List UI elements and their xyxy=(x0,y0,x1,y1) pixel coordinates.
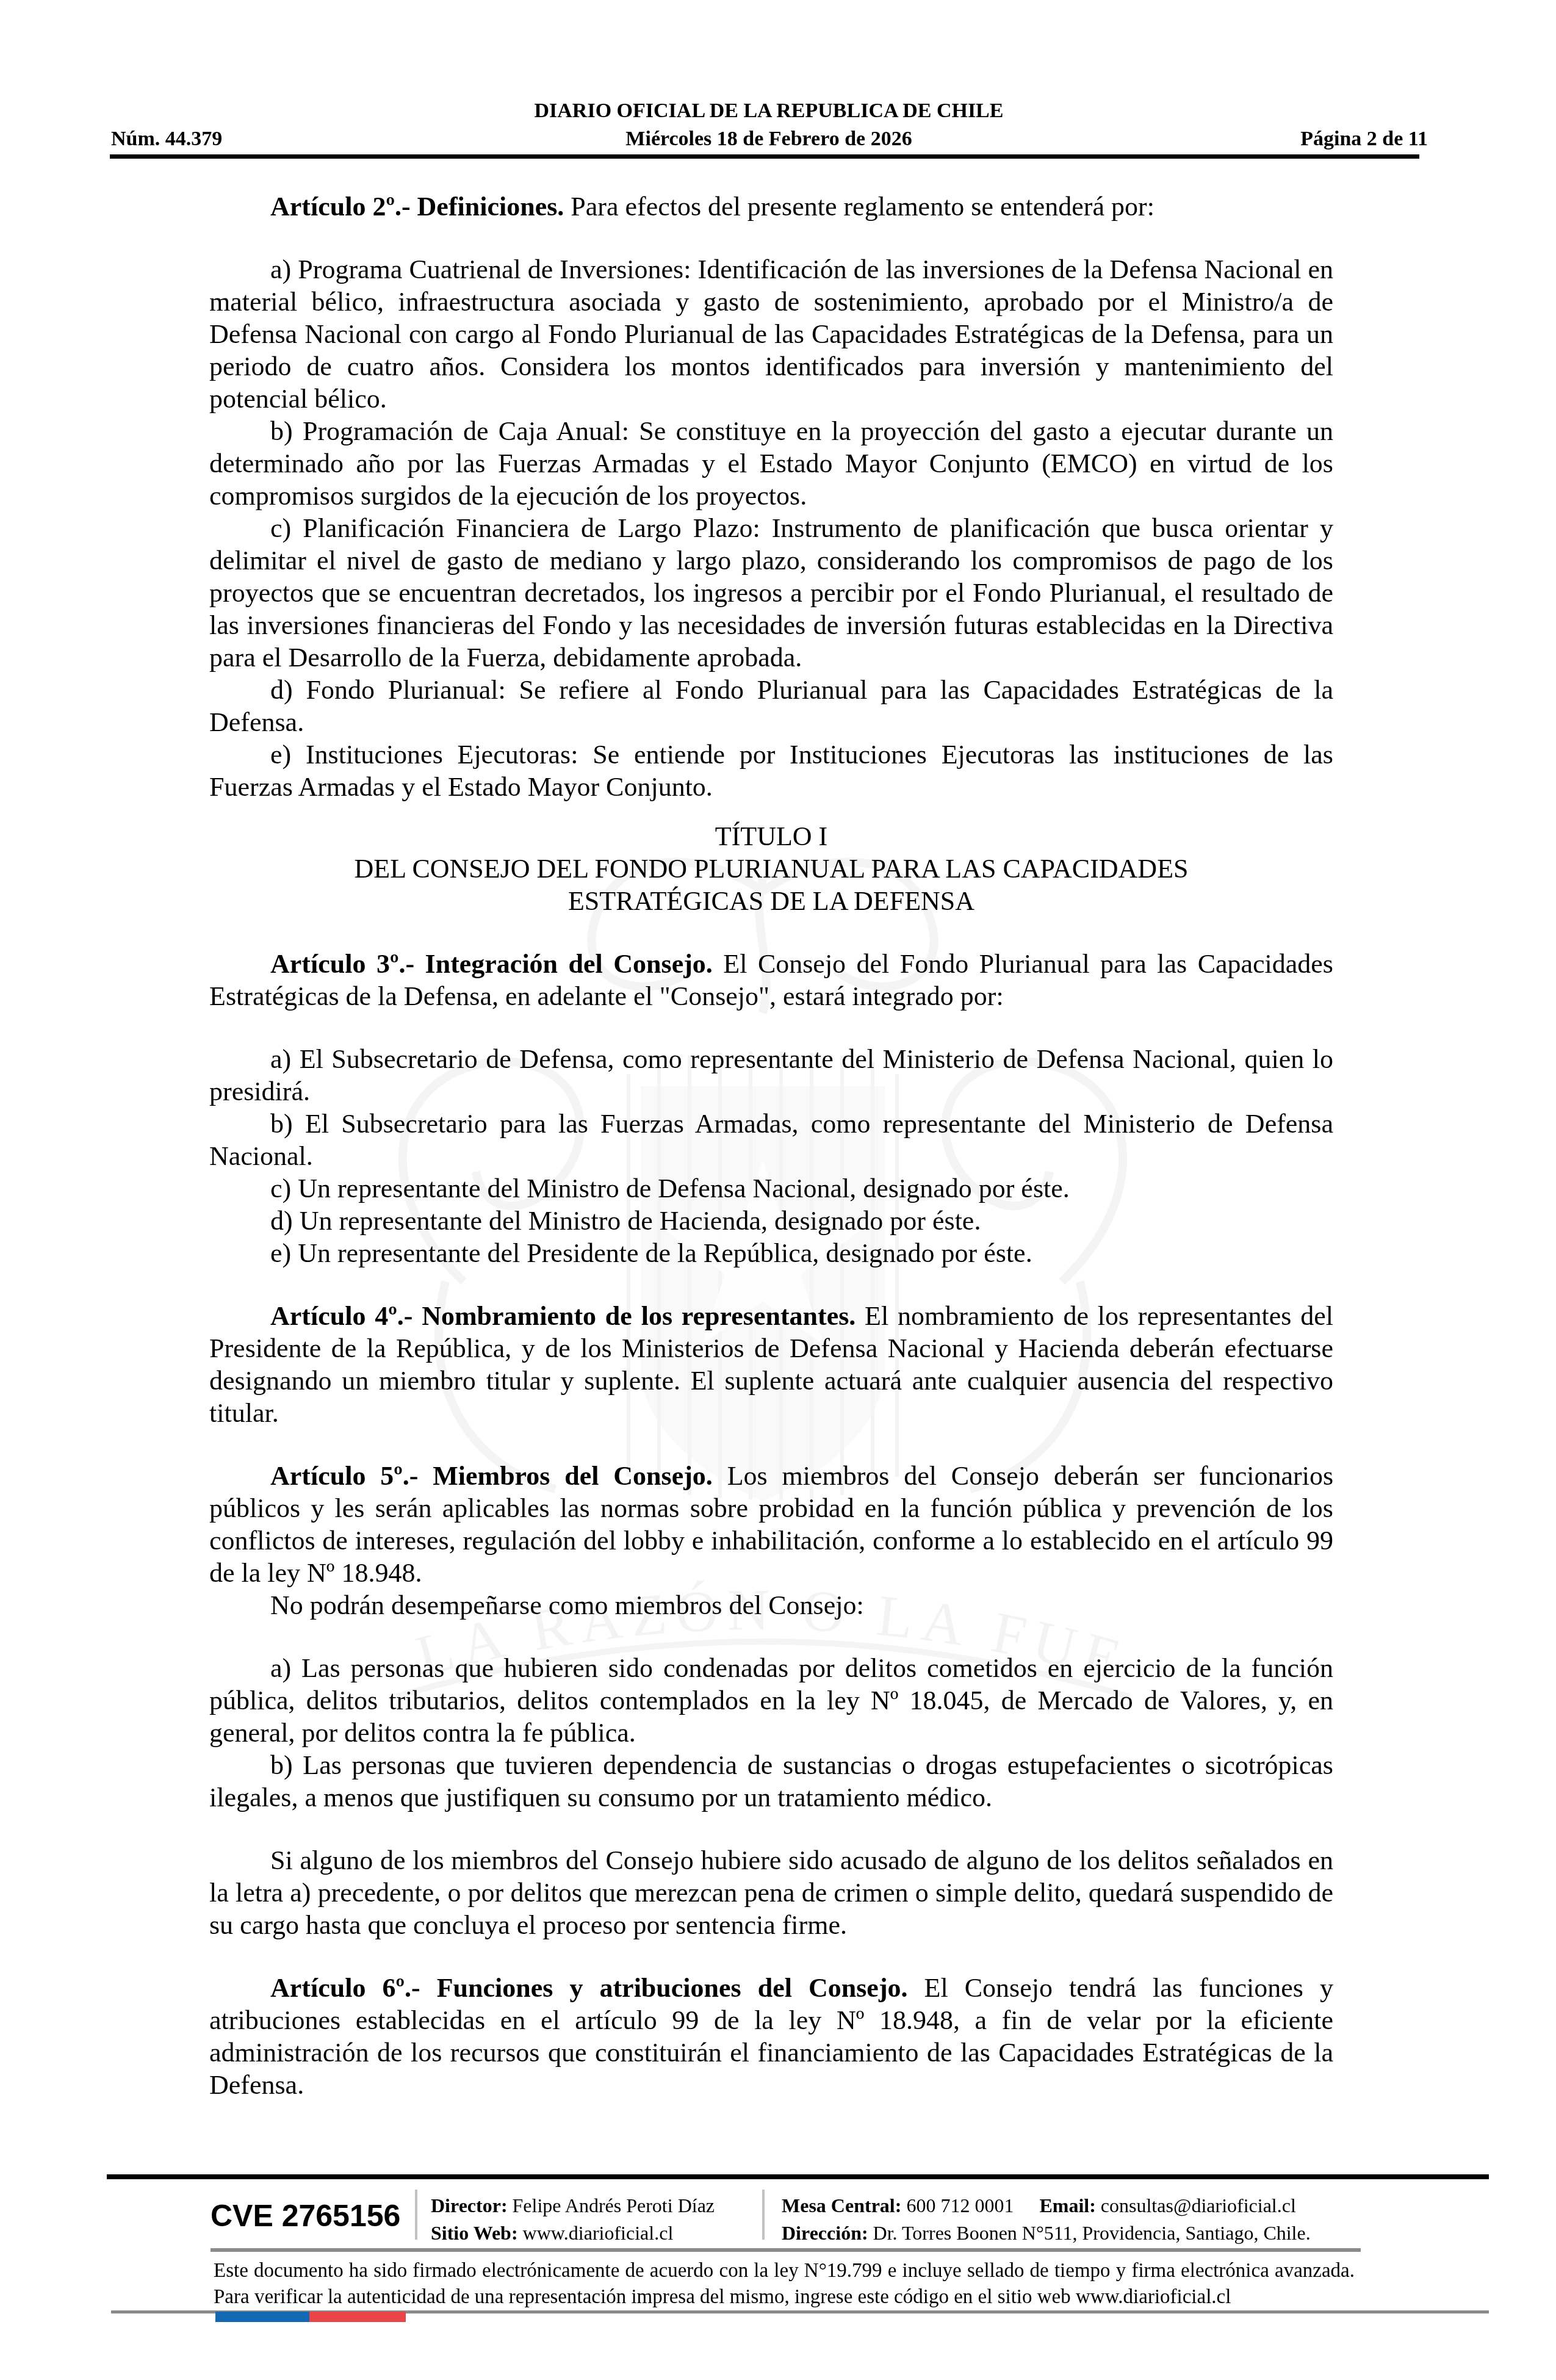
issue-number: Núm. 44.379 xyxy=(111,127,222,151)
title-block: TÍTULO I DEL CONSEJO DEL FONDO PLURIANUA… xyxy=(209,820,1333,917)
footer-director-column: Director: Felipe Andrés Peroti Díaz Siti… xyxy=(431,2192,715,2247)
article-5-note: No podrán desempeñarse como miembros del… xyxy=(209,1589,1333,1621)
direccion-label: Dirección: xyxy=(782,2222,868,2244)
titulo-1-line1: DEL CONSEJO DEL FONDO PLURIANUAL PARA LA… xyxy=(209,853,1333,885)
article-5-item-b: b) Las personas que tuvieren dependencia… xyxy=(209,1749,1333,1814)
article-6-paragraph: Artículo 6º.- Funciones y atribuciones d… xyxy=(209,1972,1333,2101)
sitio-web-url: www.diarioficial.cl xyxy=(523,2222,674,2244)
article-3-item-d: d) Un representante del Ministro de Haci… xyxy=(209,1205,1333,1237)
direccion-line: Dirección: Dr. Torres Boonen N°511, Prov… xyxy=(782,2220,1311,2247)
article-3-item-c: c) Un representante del Ministro de Defe… xyxy=(209,1172,1333,1205)
content-area: Artículo 2º.- Definiciones. Para efectos… xyxy=(209,190,1333,2101)
article-5-item-a: a) Las personas que hubieren sido conden… xyxy=(209,1652,1333,1749)
article-3-item-a: a) El Subsecretario de Defensa, como rep… xyxy=(209,1043,1333,1108)
mesa-central-number: 600 712 0001 xyxy=(906,2194,1014,2216)
article-2-intro: Para efectos del presente reglamento se … xyxy=(571,192,1154,222)
article-2-paragraph: Artículo 2º.- Definiciones. Para efectos… xyxy=(209,190,1333,223)
titulo-1-line2: ESTRATÉGICAS DE LA DEFENSA xyxy=(209,885,1333,917)
article-4-paragraph: Artículo 4º.- Nombramiento de los repres… xyxy=(209,1300,1333,1429)
article-2-item-c: c) Planificación Financiera de Largo Pla… xyxy=(209,512,1333,674)
article-2-item-d: d) Fondo Plurianual: Se refiere al Fondo… xyxy=(209,674,1333,738)
article-3-item-e: e) Un representante del Presidente de la… xyxy=(209,1237,1333,1269)
footer-divider-1 xyxy=(415,2190,417,2240)
director-line: Director: Felipe Andrés Peroti Díaz xyxy=(431,2192,715,2220)
cve-code: CVE 2765156 xyxy=(211,2198,400,2234)
legal-note: Este documento ha sido firmado electróni… xyxy=(214,2258,1355,2310)
article-3-paragraph: Artículo 3º.- Integración del Consejo. E… xyxy=(209,948,1333,1012)
header-meta-row: Núm. 44.379 Miércoles 18 de Febrero de 2… xyxy=(110,127,1428,151)
article-2-item-e: e) Instituciones Ejecutoras: Se entiende… xyxy=(209,738,1333,803)
article-2-item-b: b) Programación de Caja Anual: Se consti… xyxy=(209,415,1333,512)
article-3-heading: Artículo 3º.- Integración del Consejo. xyxy=(270,949,713,979)
article-2-heading: Artículo 2º.- Definiciones. xyxy=(270,192,564,222)
footer-gray-rule xyxy=(211,2248,1361,2252)
article-5-paragraph: Artículo 5º.- Miembros del Consejo. Los … xyxy=(209,1460,1333,1589)
article-4-heading: Artículo 4º.- Nombramiento de los repres… xyxy=(270,1301,855,1331)
direccion-text: Dr. Torres Boonen N°511, Providencia, Sa… xyxy=(873,2222,1311,2244)
chile-flag-bar xyxy=(215,2312,406,2322)
email-label: Email: xyxy=(1039,2194,1095,2216)
flag-red-segment xyxy=(309,2312,406,2322)
document-page: DIARIO OFICIAL DE LA REPUBLICA DE CHILE … xyxy=(0,0,1556,2380)
director-label: Director: xyxy=(431,2194,508,2216)
header-rule xyxy=(110,154,1419,159)
article-6-heading: Artículo 6º.- Funciones y atribuciones d… xyxy=(270,1973,908,2003)
footer-divider-2 xyxy=(762,2190,765,2240)
email-address: consultas@diarioficial.cl xyxy=(1101,2194,1296,2216)
footer-contact-column: Mesa Central: 600 712 0001Email: consult… xyxy=(782,2192,1311,2247)
article-5-heading: Artículo 5º.- Miembros del Consejo. xyxy=(270,1461,713,1491)
director-name: Felipe Andrés Peroti Díaz xyxy=(513,2194,715,2216)
mesa-central-label: Mesa Central: xyxy=(782,2194,901,2216)
mesa-email-line: Mesa Central: 600 712 0001Email: consult… xyxy=(782,2192,1311,2220)
page-number: Página 2 de 11 xyxy=(1300,127,1428,151)
flag-blue-segment xyxy=(215,2312,309,2322)
sitio-web-label: Sitio Web: xyxy=(431,2222,518,2244)
sitio-web-line: Sitio Web: www.diarioficial.cl xyxy=(431,2220,715,2247)
article-3-item-b: b) El Subsecretario para las Fuerzas Arm… xyxy=(209,1108,1333,1172)
issue-date: Miércoles 18 de Febrero de 2026 xyxy=(110,127,1428,151)
footer-top-rule xyxy=(107,2174,1489,2179)
article-2-item-a: a) Programa Cuatrienal de Inversiones: I… xyxy=(209,253,1333,415)
titulo-1-heading: TÍTULO I xyxy=(209,820,1333,853)
article-5-closing: Si alguno de los miembros del Consejo hu… xyxy=(209,1844,1333,1941)
newspaper-title: DIARIO OFICIAL DE LA REPUBLICA DE CHILE xyxy=(110,99,1428,123)
